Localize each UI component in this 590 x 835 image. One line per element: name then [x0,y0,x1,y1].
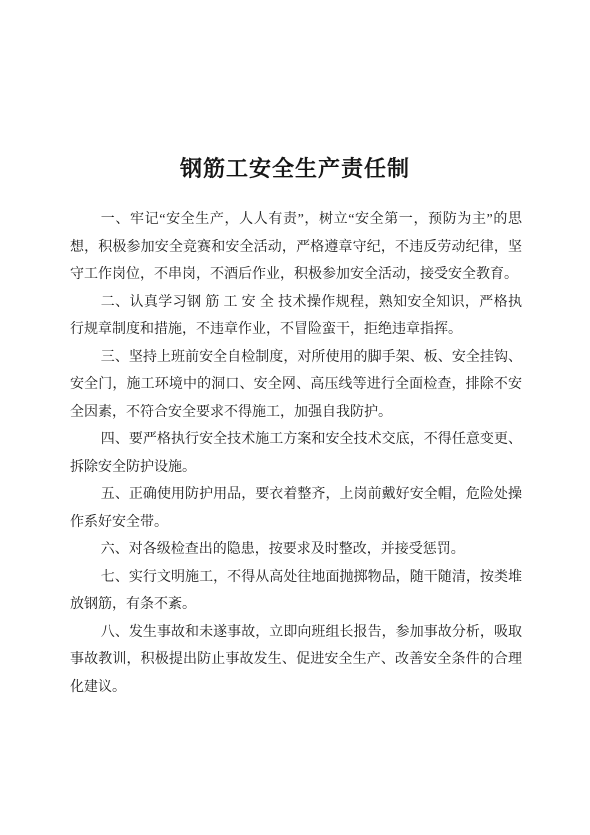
paragraph-2: 二、认真学习钢 筋 工 安 全 技术操作规程，熟知安全知识，严格执行规章制度和措… [70,289,522,344]
paragraph-4: 四、要严格执行安全技术施工方案和安全技术交底，不得任意变更、拆除安全防护设施。 [70,426,522,481]
paragraph-7: 七、实行文明施工，不得从高处往地面抛掷物品，随干随清，按类堆放钢筋，有条不紊。 [70,564,522,619]
paragraph-5: 五、正确使用防护用品，要衣着整齐，上岗前戴好安全帽，危险处操作系好安全带。 [70,481,522,536]
document-page: 钢筋工安全生产责任制 一、牢记“安全生产，人人有责”，树立“安全第一，预防为主”… [0,0,590,835]
document-body: 一、牢记“安全生产，人人有责”，树立“安全第一，预防为主”的思想，积极参加安全竞… [70,206,522,701]
paragraph-3: 三、坚持上班前安全自检制度，对所使用的脚手架、板、安全挂钩、安全门，施工环境中的… [70,344,522,427]
paragraph-6: 六、对各级检查出的隐患，按要求及时整改，并接受惩罚。 [70,536,522,564]
paragraph-8: 八、发生事故和未遂事故，立即向班组长报告，参加事故分析，吸取事故教训，积极提出防… [70,619,522,702]
document-title: 钢筋工安全生产责任制 [0,155,590,183]
paragraph-1: 一、牢记“安全生产，人人有责”，树立“安全第一，预防为主”的思想，积极参加安全竞… [70,206,522,289]
